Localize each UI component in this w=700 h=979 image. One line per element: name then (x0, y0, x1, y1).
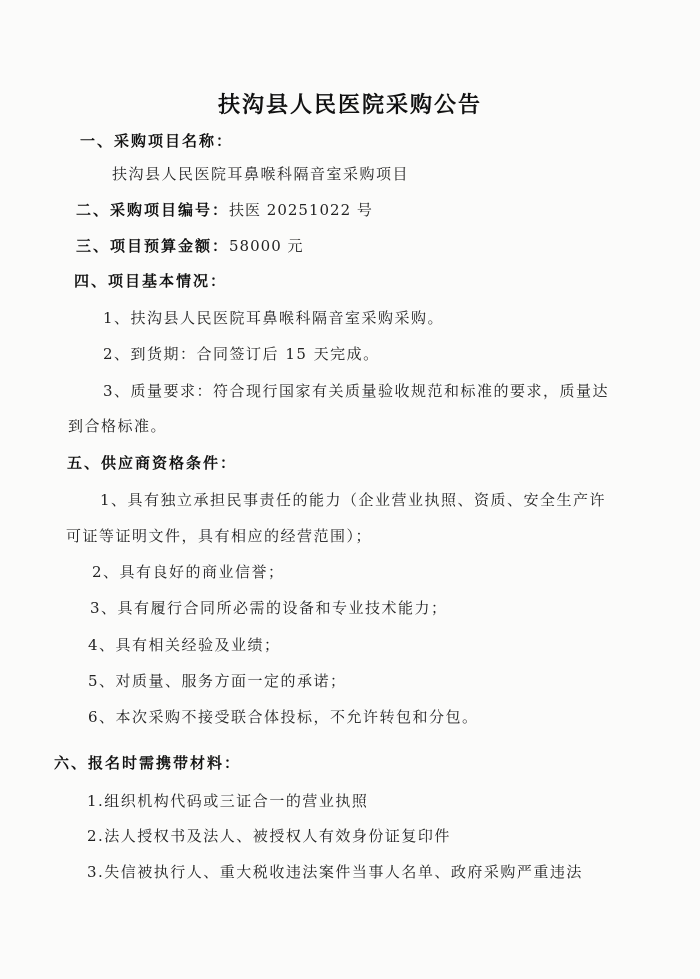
section-4-item: 1、扶沟县人民医院耳鼻喉科隔音室采购采购。 (103, 307, 444, 328)
section-6-item: 2.法人授权书及法人、被授权人有效身份证复印件 (87, 825, 451, 846)
section-4-item-cont: 到合格标准。 (68, 415, 167, 436)
section-6-heading: 六、报名时需携带材料： (54, 752, 241, 773)
section-5-item: 6、本次采购不接受联合体投标，不允许转包和分包。 (88, 706, 479, 727)
project-number: 扶医 20251022 号 (229, 201, 373, 219)
section-6-item: 1.组织机构代码或三证合一的营业执照 (87, 790, 368, 811)
project-name: 扶沟县人民医院耳鼻喉科隔音室采购项目 (112, 163, 409, 184)
document-title: 扶沟县人民医院采购公告 (0, 88, 700, 119)
section-5-item: 4、具有相关经验及业绩； (88, 634, 281, 655)
section-2-heading: 二、采购项目编号： (76, 201, 229, 219)
section-5-heading: 五、供应商资格条件： (67, 452, 237, 473)
section-4-heading: 四、项目基本情况： (74, 270, 227, 291)
section-5-item: 5、对质量、服务方面一定的承诺； (88, 670, 347, 691)
budget-amount: 58000 元 (229, 237, 304, 255)
section-4-item: 2、到货期：合同签订后 15 天完成。 (103, 343, 380, 364)
section-5-item: 1、具有独立承担民事责任的能力（企业营业执照、资质、安全生产许 (100, 489, 606, 510)
section-1-heading: 一、采购项目名称： (80, 130, 233, 151)
section-3: 三、项目预算金额：58000 元 (76, 235, 304, 256)
section-5-item-cont: 可证等证明文件，具有相应的经营范围）； (66, 525, 372, 546)
section-6-item: 3.失信被执行人、重大税收违法案件当事人名单、政府采购严重违法 (87, 861, 583, 882)
section-2: 二、采购项目编号：扶医 20251022 号 (76, 199, 373, 220)
section-5-item: 3、具有履行合同所必需的设备和专业技术能力； (90, 597, 448, 618)
document-page: 扶沟县人民医院采购公告 一、采购项目名称： 扶沟县人民医院耳鼻喉科隔音室采购项目… (0, 0, 700, 979)
section-5-item: 2、具有良好的商业信誉； (92, 561, 285, 582)
section-4-item: 3、质量要求：符合现行国家有关质量验收规范和标准的要求，质量达 (103, 380, 609, 401)
section-3-heading: 三、项目预算金额： (76, 237, 229, 255)
